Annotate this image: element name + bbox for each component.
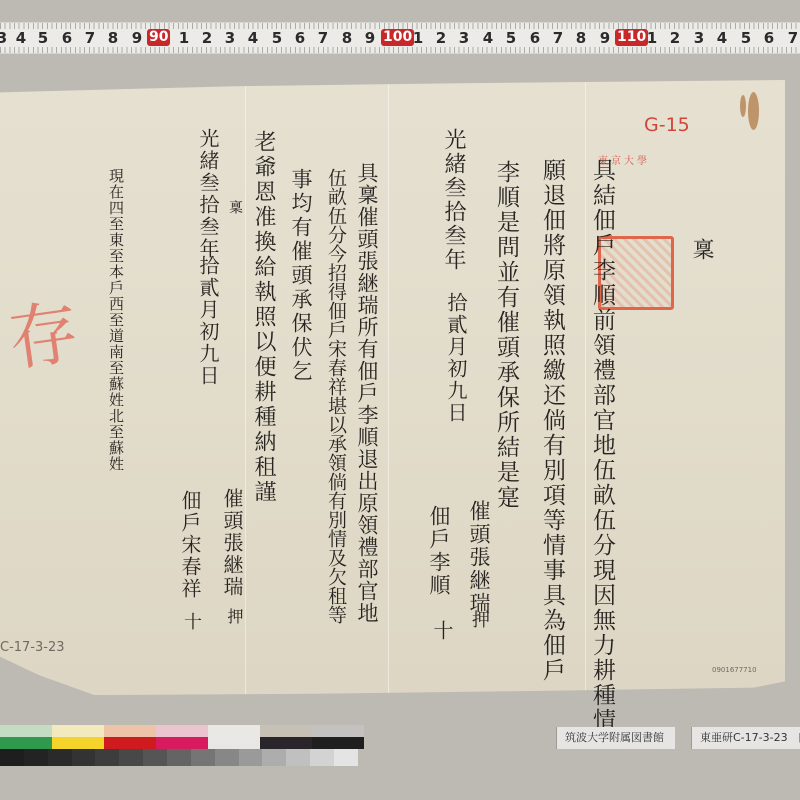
ruler-number: 8 (335, 29, 359, 47)
pencil-call-number: C-17-3-23 (0, 640, 65, 655)
ruler-ticks-bottom (0, 47, 800, 53)
measurement-ruler: 3456789901234567891001234567891101234567 (0, 22, 800, 54)
color-swatch (286, 749, 310, 766)
section1-column-2: 願退佃將原領執照繳还倘有別項等情事具為佃戶 (540, 158, 563, 683)
section1-signer-2-mark: 十 (432, 620, 452, 642)
ruler-number: 3 (218, 29, 242, 47)
ruler-number: 2 (663, 29, 687, 47)
paper-fold (388, 80, 389, 700)
ruler-number: 5 (499, 29, 523, 47)
red-cun-mark: 存 (1, 276, 84, 386)
ruler-number: 1 (406, 29, 430, 47)
color-swatch (156, 737, 208, 749)
ruler-number: 9 (358, 29, 382, 47)
ruler-number: 5 (31, 29, 55, 47)
color-swatch (260, 725, 312, 737)
call-number-label: 東亜研C-17-3-23 [具結] (692, 727, 800, 749)
paper-stain (740, 95, 746, 117)
section2-signer-1: 催頭張継瑞 (222, 488, 242, 598)
stamp-number: 0901677710 (712, 666, 757, 674)
section1-signer-1: 催頭張継瑞 (468, 500, 489, 615)
color-chart-row-saturated (0, 737, 358, 749)
ruler-number: 1 (172, 29, 196, 47)
color-swatch (312, 725, 364, 737)
catalog-mark: G-15 (644, 114, 690, 136)
ruler-number: 2 (429, 29, 453, 47)
ruler-number: 2 (195, 29, 219, 47)
color-chart-row-light (0, 725, 358, 737)
ruler-number: 4 (476, 29, 500, 47)
section1-column-1: 具結佃戶李順前領禮部官地伍畝伍分現因無力耕種情 (590, 158, 613, 733)
ruler-number: 1 (640, 29, 664, 47)
color-swatch (239, 749, 263, 766)
ruler-number: 6 (523, 29, 547, 47)
ruler-number: 6 (757, 29, 781, 47)
ruler-number: 5 (734, 29, 758, 47)
color-swatch (0, 725, 52, 737)
color-chart-grayscale (0, 749, 358, 766)
color-swatch (52, 737, 104, 749)
section1-column-3: 李順是問並有催頭承保所結是寔 (494, 160, 517, 510)
color-swatch (143, 749, 167, 766)
ruler-number: 4 (710, 29, 734, 47)
color-swatch (312, 737, 364, 749)
color-swatch (119, 749, 143, 766)
color-swatch (48, 749, 72, 766)
section1-date-monthday: 拾貳月初九日 (446, 292, 466, 424)
ruler-number: 3 (452, 29, 476, 47)
color-swatch (215, 749, 239, 766)
color-swatch (52, 725, 104, 737)
ruler-number: 3 (687, 29, 711, 47)
section2-date-year: 光緒叁拾叁年 (198, 128, 218, 260)
ruler-number: 9 (593, 29, 617, 47)
ruler-number: 90 (147, 29, 170, 46)
ruler-number: 9 (125, 29, 149, 47)
section2-small-heading: 稟 (228, 200, 242, 216)
color-swatch (104, 737, 156, 749)
library-label: 筑波大学附属図書館 (557, 727, 675, 749)
ruler-number: 8 (569, 29, 593, 47)
ruler-number: 7 (546, 29, 570, 47)
ruler-number: 6 (288, 29, 312, 47)
color-swatch (334, 749, 358, 766)
color-swatch (95, 749, 119, 766)
section1-date-year: 光緒叁拾叁年 (442, 128, 464, 272)
color-swatch (0, 737, 52, 749)
ruler-number: 4 (241, 29, 265, 47)
section2-date-monthday: 拾貳月初九日 (198, 255, 218, 387)
ruler-number: 8 (101, 29, 125, 47)
ruler-number: 6 (55, 29, 79, 47)
section2-column-3: 事均有催頭承保伏乞 (290, 168, 311, 384)
ruler-number: 7 (781, 29, 800, 47)
color-swatch (72, 749, 96, 766)
color-swatch (167, 749, 191, 766)
section2-signer-1-mark: 押 (226, 608, 242, 626)
section2-column-2: 伍畝伍分今招得佃戶宋春祥堪以承領倘有別情及欠租等 (326, 168, 345, 624)
ruler-number: 5 (265, 29, 289, 47)
paper-fold (585, 80, 586, 700)
color-swatch (208, 725, 260, 737)
section2-signer-2: 佃戶宋春祥 (180, 490, 200, 600)
section1-signer-1-mark: 押 (470, 610, 488, 630)
section1-signer-2: 佃戶李順 (428, 505, 449, 597)
color-swatch (262, 749, 286, 766)
section2-column-4: 老爺恩准換給執照以便耕種納租謹 (252, 130, 274, 505)
color-swatch (191, 749, 215, 766)
color-swatch (104, 725, 156, 737)
color-swatch (310, 749, 334, 766)
paper-fold (245, 80, 246, 700)
color-swatch (260, 737, 312, 749)
heading-bing: 稟 (690, 238, 712, 262)
color-swatch (156, 725, 208, 737)
ruler-number: 7 (311, 29, 335, 47)
ruler-number: 4 (9, 29, 33, 47)
color-swatch (208, 737, 260, 749)
boundary-note: 現在四至東至本戶西至道南至蘇姓北至蘇姓 (108, 168, 123, 472)
section2-column-1: 具稟催頭張継瑞所有佃戶李順退出原領禮部官地 (356, 162, 377, 624)
color-swatch (0, 749, 24, 766)
section2-signer-2-mark: 十 (182, 612, 200, 632)
paper-stain (748, 92, 759, 130)
color-swatch (24, 749, 48, 766)
color-calibration-chart (0, 725, 358, 767)
ruler-number: 7 (78, 29, 102, 47)
